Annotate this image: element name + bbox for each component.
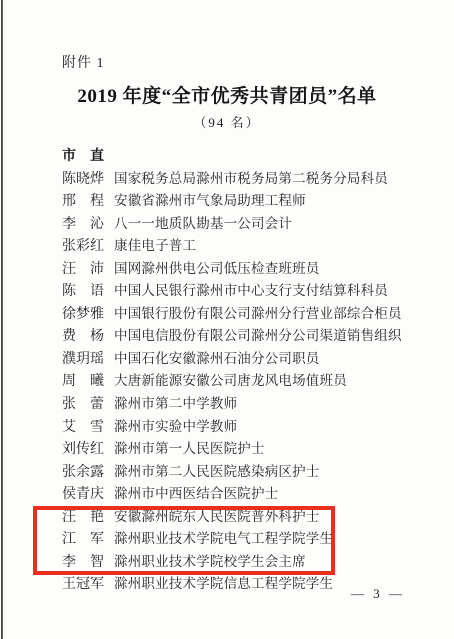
member-affiliation: 滁州职业技术学院校学生会主席: [114, 551, 306, 573]
member-name: 刘传红: [62, 439, 109, 461]
member-affiliation: 国家税务总局滁州市税务局第二税务分局科员: [114, 168, 388, 190]
member-name: 汪 沛: [62, 259, 109, 281]
member-affiliation: 中国石化安徽滁州石油分公司职员: [114, 348, 320, 370]
roster-row: 徐梦雅中国银行股份有限公司滁州分行营业部综合柜员: [62, 303, 422, 326]
member-name: 陈 语: [62, 281, 109, 303]
member-name: 张余露: [62, 462, 109, 484]
member-name: 邢 程: [62, 191, 109, 213]
roster-row: 刘传红滁州市第一人民医院护士: [62, 438, 422, 461]
section-header: 市 直: [62, 146, 422, 168]
member-affiliation: 滁州市第二人民医院感染病区护士: [114, 461, 320, 483]
member-name: 江 军: [62, 529, 109, 551]
roster-row: 费 杨中国电信股份有限公司滁州分公司渠道销售组织: [62, 325, 422, 348]
count-subtitle: （94 名）: [0, 112, 454, 131]
member-name: 周 曦: [62, 371, 109, 393]
roster-list: 市 直 陈晓烨国家税务总局滁州市税务局第二税务分局科员 邢 程安徽省滁州市气象局…: [62, 146, 422, 596]
roster-row: 邢 程安徽省滁州市气象局助理工程师: [62, 190, 422, 213]
roster-row: 周 曦大唐新能源安徽公司唐龙风电场值班员: [62, 370, 422, 393]
roster-row: 陈 语中国人民银行滁州市中心支行支付结算科科员: [62, 280, 422, 303]
roster-row: 张 蕾滁州市第二中学教师: [62, 393, 422, 416]
roster-row: 李 沁八一一地质队勘基一公司会计: [62, 213, 422, 236]
roster-row: 汪 沛国网滁州供电公司低压检查班班员: [62, 258, 422, 281]
member-affiliation: 滁州市第一人民医院护士: [114, 438, 265, 460]
member-name: 张彩红: [62, 236, 109, 258]
roster-row: 张彩红康佳电子普工: [62, 235, 422, 258]
member-name: 汪 艳: [62, 507, 109, 529]
member-affiliation: 康佳电子普工: [114, 235, 196, 257]
member-affiliation: 滁州职业技术学院信息工程学院学生: [114, 573, 333, 595]
member-affiliation: 滁州市中西医结合医院护士: [114, 483, 278, 505]
member-affiliation: 中国电信股份有限公司滁州分公司渠道销售组织: [114, 325, 402, 347]
roster-row: 侯青庆滁州市中西医结合医院护士: [62, 483, 422, 506]
member-affiliation: 安徽省滁州市气象局助理工程师: [114, 190, 306, 212]
roster-row: 汪 艳安徽滁州皖东人民医院普外科护士: [62, 506, 422, 529]
member-name: 艾 雪: [62, 417, 109, 439]
roster-row: 陈晓烨国家税务总局滁州市税务局第二税务分局科员: [62, 168, 422, 191]
member-affiliation: 国网滁州供电公司低压检查班班员: [114, 258, 320, 280]
roster-rows: 陈晓烨国家税务总局滁州市税务局第二税务分局科员 邢 程安徽省滁州市气象局助理工程…: [62, 168, 422, 596]
member-affiliation: 滁州职业技术学院电气工程学院学生: [114, 528, 333, 550]
member-affiliation: 滁州市实验中学教师: [114, 416, 237, 438]
member-name: 李 沁: [62, 214, 109, 236]
member-affiliation: 中国银行股份有限公司滁州分行营业部综合柜员: [114, 303, 402, 325]
page-title: 2019 年度“全市优秀共青团员”名单: [0, 81, 454, 108]
member-name: 濮玥瑶: [62, 349, 109, 371]
roster-row: 张余露滁州市第二人民医院感染病区护士: [62, 461, 422, 484]
member-affiliation: 八一一地质队勘基一公司会计: [114, 213, 292, 235]
member-affiliation: 中国人民银行滁州市中心支行支付结算科科员: [114, 280, 388, 302]
roster-row: 李 智滁州职业技术学院校学生会主席: [62, 551, 422, 574]
attachment-label: 附件 1: [62, 52, 105, 72]
member-name: 费 杨: [62, 326, 109, 348]
roster-row: 濮玥瑶中国石化安徽滁州石油分公司职员: [62, 348, 422, 371]
roster-row: 艾 雪滁州市实验中学教师: [62, 416, 422, 439]
member-name: 王冠军: [62, 574, 109, 596]
page-number: — 3 —: [351, 586, 405, 602]
member-affiliation: 安徽滁州皖东人民医院普外科护士: [114, 506, 320, 528]
roster-row: 江 军滁州职业技术学院电气工程学院学生: [62, 528, 422, 551]
member-affiliation: 滁州市第二中学教师: [114, 393, 237, 415]
document-page: 附件 1 2019 年度“全市优秀共青团员”名单 （94 名） 市 直 陈晓烨国…: [0, 0, 454, 639]
member-name: 侯青庆: [62, 484, 109, 506]
member-name: 李 智: [62, 552, 109, 574]
member-name: 徐梦雅: [62, 304, 109, 326]
member-affiliation: 大唐新能源安徽公司唐龙风电场值班员: [114, 370, 347, 392]
member-name: 陈晓烨: [62, 169, 109, 191]
member-name: 张 蕾: [62, 394, 109, 416]
